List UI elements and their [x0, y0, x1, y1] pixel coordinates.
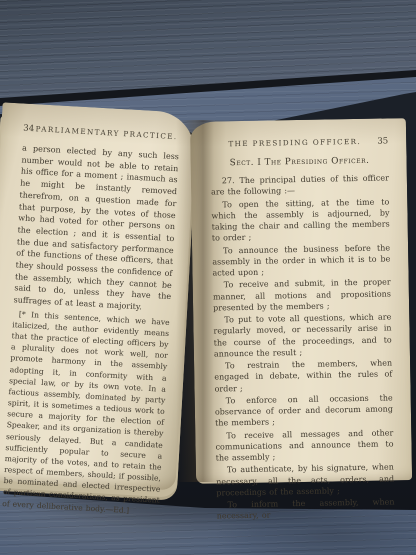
page-paragraph: To receive all messages and other commun…: [215, 427, 394, 464]
page-paragraph: To enforce on all occasions the observan…: [215, 392, 394, 429]
page-paragraph: To restrain the members, when engaged in…: [214, 357, 393, 394]
right-page: THE PRESIDING OFFICER. 35 Sect. I The Pr…: [190, 118, 412, 484]
left-page-body: a person elected by any such less number…: [0, 141, 194, 518]
page-paragraph: a person elected by any such less number…: [13, 143, 179, 315]
page-paragraph: To receive and submit, in the proper man…: [213, 277, 392, 314]
left-page-number: 34: [23, 124, 34, 135]
section-heading: Sect. I The Presiding Officer.: [211, 155, 389, 168]
page-paragraph: To announce the business before the asse…: [212, 242, 391, 279]
page-paragraph: To inform the assembly, when necessary, …: [216, 496, 394, 522]
right-running-head: THE PRESIDING OFFICER.: [212, 137, 377, 149]
right-page-number: 35: [377, 136, 388, 146]
left-running-head: PARLIAMENTARY PRACTICE.: [34, 124, 179, 141]
left-page-header: 34 PARLIAMENTARY PRACTICE.: [23, 124, 179, 143]
page-paragraph: 27. The principal duties of this officer…: [211, 172, 389, 198]
page-paragraph: To authenticate, by his signature, when …: [216, 462, 395, 499]
editor-note-paragraph: [* In this sentence, which we have itali…: [2, 308, 170, 517]
page-paragraph: To open the sitting, at the time to whic…: [211, 196, 390, 244]
left-page: 34 PARLIAMENTARY PRACTICE. a person elec…: [0, 102, 196, 490]
book-photo-scene: 34 PARLIAMENTARY PRACTICE. a person elec…: [0, 0, 416, 555]
right-page-header: THE PRESIDING OFFICER. 35: [212, 136, 388, 149]
right-page-body: Sect. I The Presiding Officer. 27. The p…: [191, 155, 413, 522]
page-paragraph: To put to vote all questions, which are …: [213, 311, 392, 359]
